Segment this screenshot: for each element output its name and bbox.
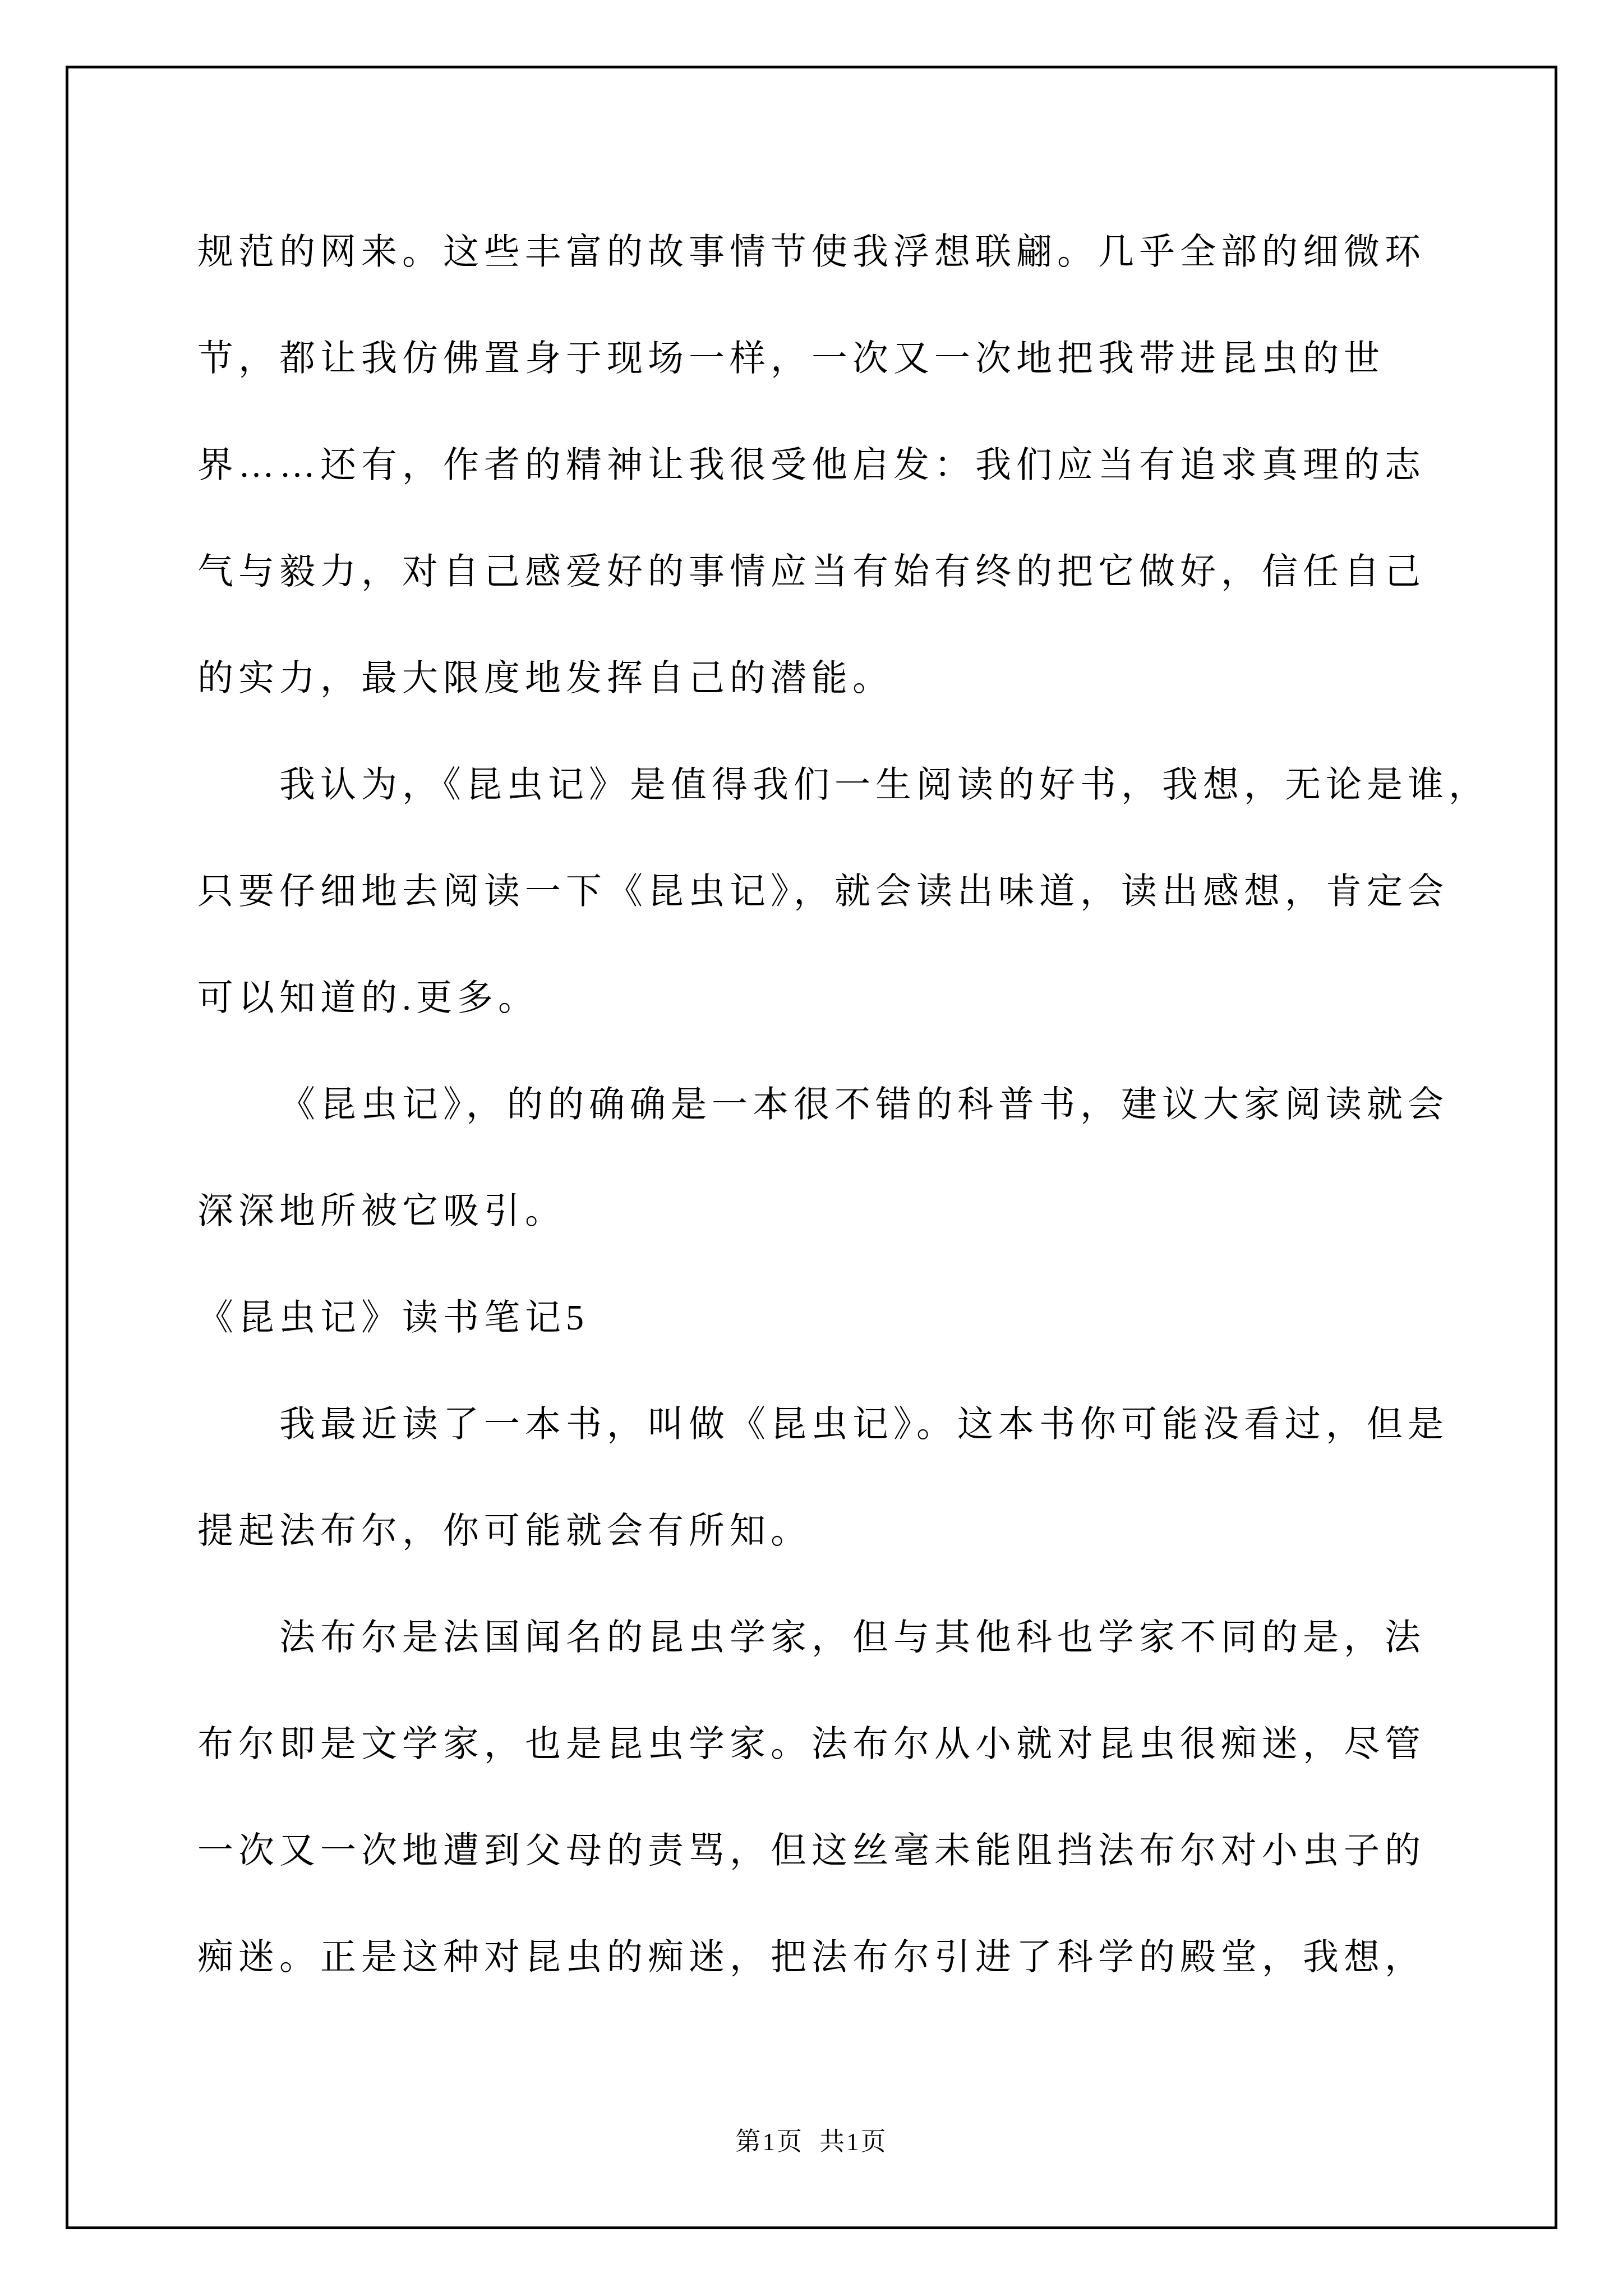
text-line: 只要仔细地去阅读一下《昆虫记》，就会读出味道，读出感想，肯定会 [197,838,1442,945]
text-line: 痴迷。正是这种对昆虫的痴迷，把法布尔引进了科学的殿堂，我想， [197,1904,1442,2010]
text-line: 法布尔是法国闻名的昆虫学家，但与其他科也学家不同的是，法 [197,1584,1442,1691]
text-line: 我认为，《昆虫记》是值得我们一生阅读的好书，我想，无论是谁， [197,731,1442,838]
text-line: 布尔即是文学家，也是昆虫学家。法布尔从小就对昆虫很痴迷，尽管 [197,1691,1442,1797]
text-line: 提起法布尔，你可能就会有所知。 [197,1478,1442,1584]
footer-current-page: 第1页 [735,2128,804,2156]
text-line: 可以知道的.更多。 [197,945,1442,1051]
text-line: 气与毅力，对自己感爱好的事情应当有始有终的把它做好，信任自己 [197,518,1442,625]
text-line: 《昆虫记》，的的确确是一本很不错的科普书，建议大家阅读就会 [197,1051,1442,1158]
text-line: 的实力，最大限度地发挥自己的潜能。 [197,625,1442,731]
text-line: 节，都让我仿佛置身于现场一样，一次又一次地把我带进昆虫的世 [197,305,1442,412]
page-footer: 第1页共1页 [66,2125,1557,2159]
footer-total-pages: 共1页 [819,2128,888,2156]
text-line: 规范的网来。这些丰富的故事情节使我浮想联翩。几乎全部的细微环 [197,199,1442,305]
text-line: 我最近读了一本书，叫做《昆虫记》。这本书你可能没看过，但是 [197,1371,1442,1478]
document-text-block: 规范的网来。这些丰富的故事情节使我浮想联翩。几乎全部的细微环 节，都让我仿佛置身… [197,199,1442,2010]
text-line: 界……还有，作者的精神让我很受他启发：我们应当有追求真理的志 [197,412,1442,518]
text-line: 《昆虫记》读书笔记5 [197,1264,1442,1371]
text-line: 深深地所被它吸引。 [197,1158,1442,1264]
document-page: 规范的网来。这些丰富的故事情节使我浮想联翩。几乎全部的细微环 节，都让我仿佛置身… [0,0,1623,2296]
text-line: 一次又一次地遭到父母的责骂，但这丝毫未能阻挡法布尔对小虫子的 [197,1797,1442,1904]
